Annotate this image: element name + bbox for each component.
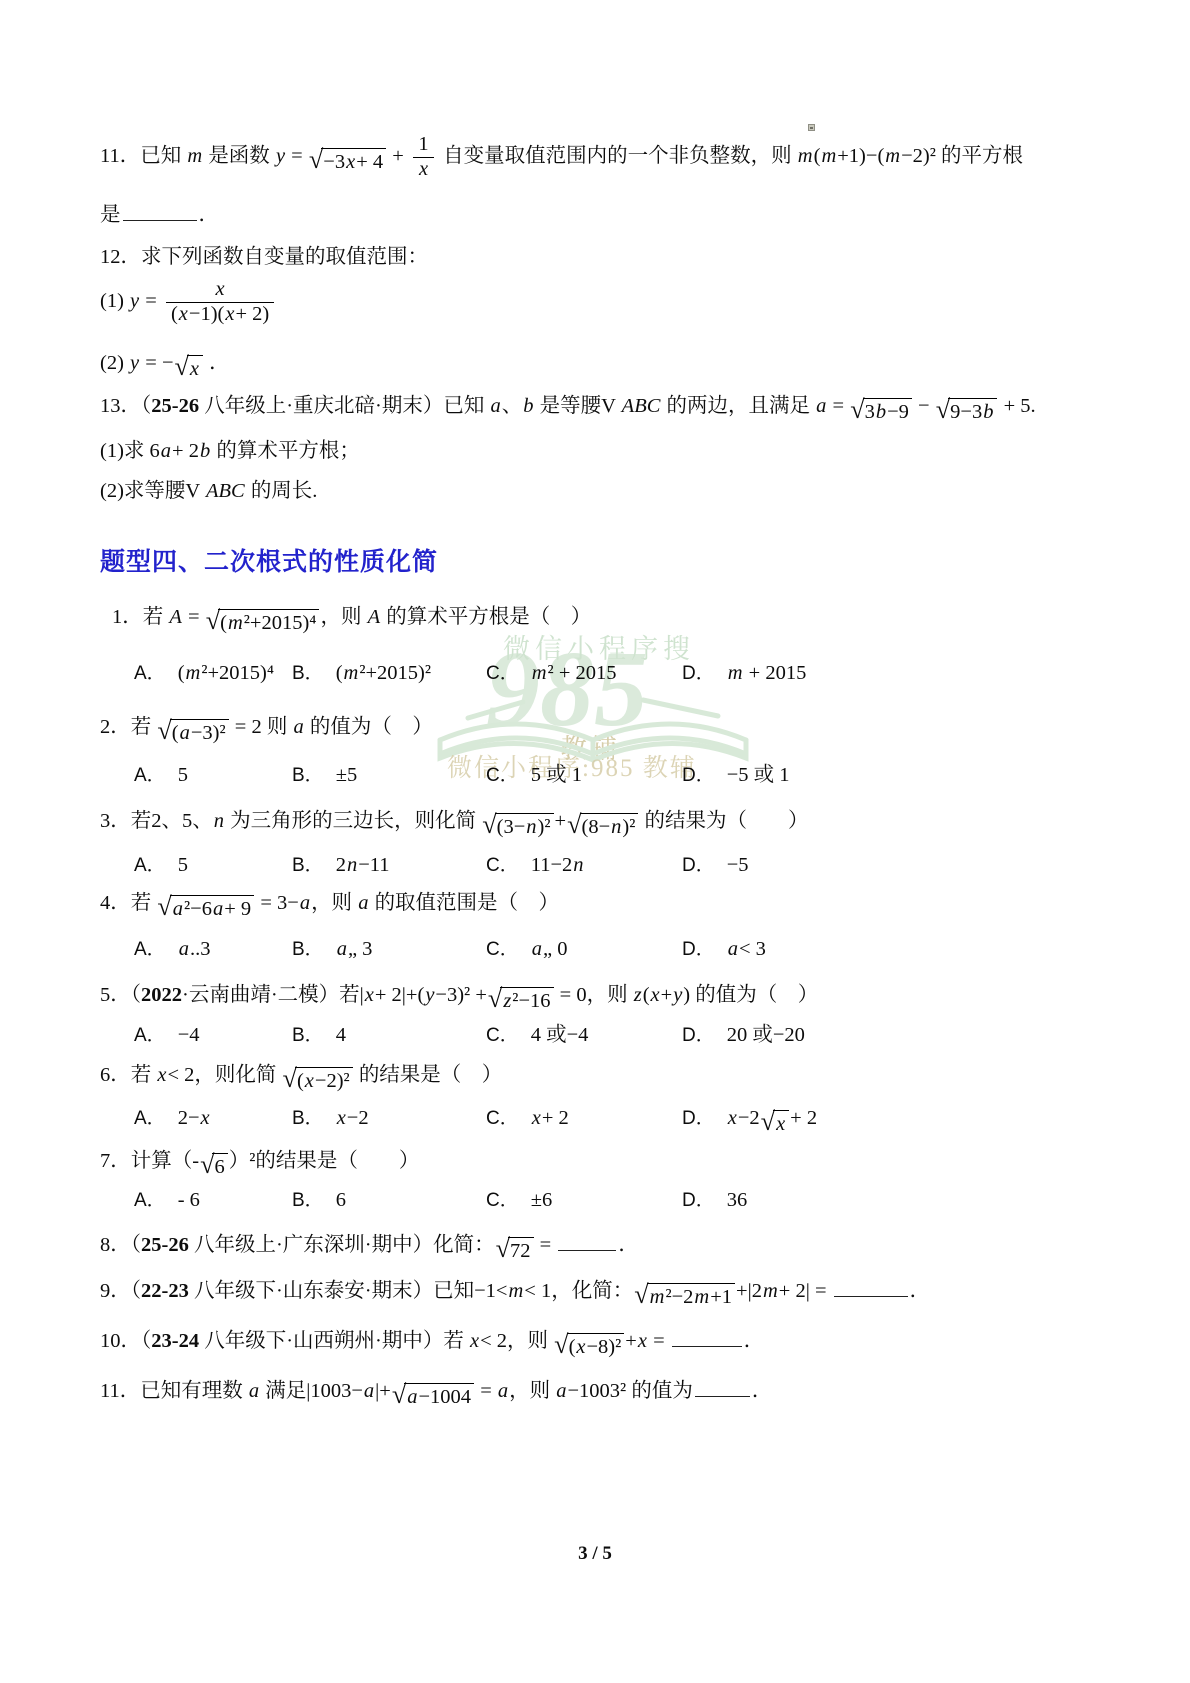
option-label: B． (292, 1108, 324, 1129)
sqrt-expression: √a²−6a+ 9 (157, 895, 254, 923)
text-run: + 2|+( (375, 984, 424, 1006)
text-run: + 2 (790, 1107, 817, 1129)
text-run: )² (622, 816, 635, 838)
text-run: + 9 (224, 898, 251, 920)
text-run: 5 或 1 (531, 764, 582, 786)
text-run: + 2| = (779, 1280, 832, 1302)
text-run: < 1，化简： (524, 1280, 633, 1302)
math-variable: a (248, 1380, 260, 1402)
radicand: (8−n)² (580, 813, 639, 841)
math-variable: a (179, 722, 191, 744)
sqrt-expression: √(x−8)² (554, 1333, 624, 1361)
text-run: 八年级上·广东深圳·期中）化简： (189, 1234, 495, 1256)
text-run: 4 (336, 1024, 346, 1046)
math-variable: y (424, 984, 435, 1006)
text-run: 11．已知 (100, 145, 186, 167)
denominator: x (413, 157, 434, 182)
q6-options: A．2−xB．x−2C．x+ 2D．x−2√x+ 2 (100, 1103, 1100, 1133)
text-run: 36 (727, 1189, 748, 1211)
math-variable: n (525, 816, 537, 838)
math-variable: x (304, 1070, 315, 1092)
math-variable: a (336, 938, 348, 960)
math-variable: m (649, 1286, 666, 1308)
text-run: ( (178, 662, 185, 684)
math-variable: a (555, 1380, 567, 1402)
math-variable: y (129, 352, 140, 374)
radicand: 6 (212, 1153, 227, 1181)
q2-options-C: C．5 或 1 (486, 760, 582, 791)
q1-options: A．(m²+2015)⁴B．(m²+2015)²C．m² + 2015D．m +… (100, 658, 1100, 688)
text-run: −3 (323, 151, 345, 173)
text-run: 题型四、二次根式的性质化简 (100, 548, 438, 576)
text-run: ． (618, 1234, 639, 1256)
q3-options-D: D．−5 (682, 850, 749, 881)
math-variable: b (875, 401, 887, 423)
option-label: C． (486, 939, 519, 960)
math-variable: x (775, 1113, 786, 1135)
q4-options-B: B．a„ 3 (292, 934, 372, 965)
text-run: −5 (727, 854, 749, 876)
text-run: + 4 (356, 151, 383, 173)
option-label: D． (682, 855, 715, 876)
fraction: 1x (413, 133, 434, 181)
math-variable: a (172, 898, 184, 920)
q5-options-C: C．4 或−4 (486, 1020, 588, 1051)
q5-stem: 5．（2022·云南曲靖·二模）若|x+ 2|+(y−3)² +√z²−16 =… (100, 980, 1100, 1015)
text-run: 的结果为（ ） (639, 810, 808, 832)
sqrt-expression: √x (175, 355, 204, 383)
math-variable: a (815, 395, 827, 417)
math-variable: x (531, 1107, 542, 1129)
math-variable: a (363, 1380, 375, 1402)
text-run: = (286, 145, 308, 167)
text-run: 2− (178, 1107, 200, 1129)
math-variable: a (292, 716, 304, 738)
text-run: ，则 (320, 606, 366, 628)
text-run: +|2 (736, 1280, 762, 1302)
option-label: C． (486, 1190, 519, 1211)
q1-options-B: B．(m²+2015)² (292, 658, 431, 689)
text-run: −3)² (191, 722, 226, 744)
q4-options-A: A．a..3 (134, 934, 210, 965)
math-variable: z (502, 990, 512, 1012)
text-run: ． (744, 1330, 765, 1352)
text-run: ² + 2015 (548, 662, 617, 684)
q9-stem: 9．（22-23 八年级下·山东泰安·期末）已知−1<m< 1，化简：√m²−2… (100, 1276, 1100, 1311)
math-variable: m (343, 662, 360, 684)
q3-options-C: C．11−2n (486, 850, 585, 881)
text-run: + 5. (998, 395, 1035, 417)
radicand: (x−2)² (295, 1067, 353, 1095)
option-label: A． (134, 765, 166, 786)
text-run: 的取值范围是（ ） (369, 892, 559, 914)
sqrt-expression: √6 (200, 1153, 228, 1181)
answer-blank (834, 1281, 908, 1297)
text-run: −1004 (419, 1386, 472, 1408)
q6-options-D: D．x−2√x+ 2 (682, 1103, 817, 1138)
problem-13-stem: 13．（25-26 八年级上·重庆北碚·期末）已知 a、b 是等腰V ABC 的… (100, 391, 1100, 426)
radicand: 9−3b (948, 398, 997, 426)
text-run: 是 (100, 204, 121, 226)
text-run: +1)−( (837, 145, 884, 167)
text-run: 6．若 (100, 1064, 156, 1086)
text-run: ²+2015)⁴ (201, 662, 274, 684)
text-run: ，则 (311, 892, 357, 914)
math-variable: x (224, 303, 235, 325)
text-run: 4．若 (100, 892, 156, 914)
worksheet-content: 11．已知 m 是函数 y = √−3x+ 4 + 1x 自变量取值范围内的一个… (0, 0, 1190, 1683)
text-run: 的算术平方根是（ ） (381, 606, 591, 628)
option-label: B． (292, 663, 324, 684)
option-label: A． (134, 663, 166, 684)
sqrt-expression: √9−3b (936, 398, 998, 426)
text-run: ±5 (336, 764, 358, 786)
sqrt-expression: √−3x+ 4 (309, 148, 386, 176)
q5-options-D: D．20 或−20 (682, 1020, 805, 1051)
text-run: )² (538, 816, 551, 838)
problem-11-stem: 11．已知 m 是函数 y = √−3x+ 4 + 1x 自变量取值范围内的一个… (100, 133, 1100, 181)
text-run: = (648, 1330, 670, 1352)
text-run: 13．（ (100, 395, 151, 417)
text-run: 的周长. (246, 480, 318, 502)
text-run: 2022 (141, 984, 182, 1006)
math-variable: a (299, 892, 311, 914)
text-run: = (475, 1380, 497, 1402)
option-label: B． (292, 1025, 324, 1046)
text-run: 5 (178, 854, 188, 876)
q7-options-A: A．- 6 (134, 1185, 200, 1216)
text-run: (8− (582, 816, 611, 838)
q10-stem: 10．（23-24 八年级下·山西朔州·期中）若 x< 2，则 √(x−8)²+… (100, 1326, 1100, 1361)
math-variable: m (227, 612, 244, 634)
text-run: ) 的值为（ ） (683, 984, 818, 1006)
text-run: 11．已知有理数 (100, 1380, 248, 1402)
math-variable: x (364, 984, 375, 1006)
worksheet-page: 微信小程序搜 985 教辅 微信小程序:985 教辅 11．已知 m 是函数 y… (0, 0, 1190, 1683)
radicand: −3x+ 4 (321, 148, 386, 176)
q2-options-D: D．−5 或 1 (682, 760, 790, 791)
math-variable: a (212, 898, 224, 920)
option-label: C． (486, 663, 519, 684)
math-variable: a (489, 395, 501, 417)
q2-options-A: A．5 (134, 760, 188, 791)
text-run: ±6 (531, 1189, 553, 1211)
math-variable: b (522, 395, 534, 417)
text-run: 11−2 (531, 854, 573, 876)
option-label: D． (682, 765, 715, 786)
text-run: + (661, 984, 673, 1006)
q6-options-C: C．x+ 2 (486, 1103, 569, 1134)
sqrt-expression: √(m²+2015)⁴ (206, 609, 320, 637)
answer-blank (695, 1381, 750, 1397)
text-run: 22-23 (141, 1280, 189, 1302)
math-variable: m (531, 662, 548, 684)
text-run: 12．求下列函数自变量的取值范围： (100, 246, 428, 268)
sqrt-expression: √z²−16 (488, 987, 554, 1015)
text-run: + (387, 145, 409, 167)
text-run: = (827, 395, 849, 417)
math-variable: y (129, 290, 140, 312)
q6-stem: 6．若 x< 2，则化简 √(x−2)² 的结果是（ ） (100, 1060, 1100, 1095)
math-variable: a (406, 1386, 418, 1408)
text-run: 的值为（ ） (305, 716, 433, 738)
text-run: −2 (347, 1107, 369, 1129)
text-run: 满足|1003− (260, 1380, 363, 1402)
text-run: - 6 (178, 1189, 200, 1211)
q4-options: A．a..3B．a„ 3C．a„ 0D．a< 3 (100, 934, 1100, 964)
text-run: 23-24 (151, 1330, 199, 1352)
q7-options-C: C．±6 (486, 1185, 552, 1216)
text-run: 5 (178, 764, 188, 786)
math-variable: m (507, 1280, 524, 1302)
text-run: ²+2015)⁴ (244, 612, 317, 634)
text-run: −8)² (587, 1336, 622, 1358)
option-label: B． (292, 765, 324, 786)
q1-options-A: A．(m²+2015)⁴ (134, 658, 274, 689)
option-label: C． (486, 1108, 519, 1129)
math-variable: m (762, 1280, 779, 1302)
problem-13-sub1: (1)求 6a+ 2b 的算术平方根； (100, 436, 1100, 466)
option-label: B． (292, 1190, 324, 1211)
text-run: ( (297, 1070, 304, 1092)
sqrt-expression: √3b−9 (850, 398, 912, 426)
fraction: x(x−1)(x+ 2) (166, 278, 274, 326)
option-label: D． (682, 939, 715, 960)
problem-13-sub2: (2)求等腰V ABC 的周长. (100, 476, 1100, 506)
math-variable: n (572, 854, 584, 876)
denominator: (x−1)(x+ 2) (166, 302, 274, 327)
text-run: „ 0 (543, 938, 567, 960)
text-run: −5 或 1 (727, 764, 790, 786)
sqrt-expression: √(8−n)² (567, 813, 638, 841)
q5-options-A: A．−4 (134, 1020, 200, 1051)
q1-stem: 1．若 A = √(m²+2015)⁴，则 A 的算术平方根是（ ） (112, 602, 1112, 637)
text-run: −2 (738, 1107, 760, 1129)
text-run: 的结果是（ ） (354, 1064, 503, 1086)
text-run: + (555, 810, 567, 832)
text-run: −3)² + (435, 984, 486, 1006)
q7-options-D: D．36 (682, 1185, 747, 1216)
text-run: < 3 (739, 938, 766, 960)
text-run: ． (910, 1280, 931, 1302)
problem-12-sub2: (2) y = −√x ． (100, 348, 1100, 383)
q2-options: A．5B．±5C．5 或 1D．−5 或 1 (100, 760, 1100, 790)
math-variable: m (186, 145, 203, 167)
q4-options-C: C．a„ 0 (486, 934, 567, 965)
math-variable: x (178, 303, 189, 325)
text-run: 4 或−4 (531, 1024, 589, 1046)
text-run: „ 3 (348, 938, 372, 960)
text-run: (2) (100, 352, 129, 374)
text-run: 10．（ (100, 1330, 151, 1352)
math-variable: x (650, 984, 661, 1006)
math-variable: A (168, 606, 183, 628)
text-run: − (913, 395, 935, 417)
text-run: ，则 (509, 1380, 555, 1402)
answer-blank (123, 205, 197, 221)
text-run: = 2 则 (230, 716, 293, 738)
text-run: = 3− (255, 892, 299, 914)
text-run: 2．若 (100, 716, 156, 738)
text-run: < 2，则 (480, 1330, 553, 1352)
math-variable: x (200, 1107, 211, 1129)
math-variable: z (633, 984, 643, 1006)
q3-options-A: A．5 (134, 850, 188, 881)
math-variable: a (531, 938, 543, 960)
option-label: D． (682, 1190, 715, 1211)
sqrt-expression: √72 (496, 1237, 534, 1265)
text-run: 25-26 (151, 395, 199, 417)
q8-stem: 8．（25-26 八年级上·广东深圳·期中）化简：√72 = ． (100, 1230, 1100, 1265)
text-run: ²+2015)² (359, 662, 431, 684)
text-run: 的算术平方根； (211, 440, 360, 462)
text-run: + 2015 (744, 662, 807, 684)
text-run: 72 (510, 1240, 531, 1262)
math-variable: m (693, 1286, 710, 1308)
problem-12-sub1: (1) y = x(x−1)(x+ 2) (100, 278, 1100, 326)
q6-options-A: A．2−x (134, 1103, 211, 1134)
q11-stem: 11．已知有理数 a 满足|1003−a|+√a−1004 = a，则 a−10… (100, 1376, 1100, 1411)
math-variable: a (357, 892, 369, 914)
text-run: ( (643, 984, 650, 1006)
text-run: 为三角形的三边长，则化简 (225, 810, 481, 832)
text-run: −4 (178, 1024, 200, 1046)
text-run: 是函数 (203, 145, 275, 167)
text-run: ( (336, 662, 343, 684)
text-run: ²−16 (512, 990, 550, 1012)
text-run: −11 (358, 854, 389, 876)
sqrt-expression: √(3−n)² (482, 813, 553, 841)
text-run: = (140, 290, 162, 312)
text-run: 9．（ (100, 1280, 141, 1302)
radicand: a−1004 (404, 1383, 474, 1411)
option-label: B． (292, 855, 324, 876)
math-variable: m (727, 662, 744, 684)
numerator: x (210, 278, 231, 302)
text-run: = (183, 606, 205, 628)
text-run: 3．若2、5、 (100, 810, 213, 832)
option-label: A． (134, 1025, 166, 1046)
text-run: ²−2 (665, 1286, 693, 1308)
text-run: 25-26 (141, 1234, 189, 1256)
q1-options-C: C．m² + 2015 (486, 658, 617, 689)
radicand: a²−6a+ 9 (170, 895, 254, 923)
option-label: D． (682, 1025, 715, 1046)
text-run: + (625, 1330, 637, 1352)
math-variable: m (797, 145, 814, 167)
radicand: 72 (508, 1237, 534, 1265)
text-run: 自变量取值范围内的一个非负整数，则 (438, 145, 797, 167)
text-run: (1)求 6 (100, 440, 160, 462)
math-variable: a (497, 1380, 509, 1402)
radicand: x (187, 355, 203, 383)
text-run: 3 (865, 401, 875, 423)
option-label: C． (486, 855, 519, 876)
sqrt-expression: √(x−2)² (283, 1067, 353, 1095)
radicand: x (773, 1110, 789, 1138)
option-label: A． (134, 1108, 166, 1129)
math-variable: n (610, 816, 622, 838)
text-run: 9−3 (950, 401, 982, 423)
q2-options-B: B．±5 (292, 760, 357, 791)
sqrt-expression: √a−1004 (392, 1383, 474, 1411)
text-run: ． (199, 204, 220, 226)
math-variable: x (156, 1064, 167, 1086)
text-run: 6 (214, 1156, 224, 1178)
math-variable: x (469, 1330, 480, 1352)
q5-options: A．−4B．4C．4 或−4D．20 或−20 (100, 1020, 1100, 1050)
math-variable: a (178, 938, 190, 960)
radicand: m²−2m+1 (647, 1283, 735, 1311)
text-run: + 2 (542, 1107, 569, 1129)
sqrt-expression: √x (761, 1110, 790, 1138)
option-label: D． (682, 1108, 715, 1129)
radicand: (m²+2015)⁴ (218, 609, 319, 637)
text-run: 6 (336, 1189, 346, 1211)
text-run: + 2 (172, 440, 199, 462)
math-variable: a (727, 938, 739, 960)
q7-stem: 7．计算（-√6）²的结果是（ ） (100, 1146, 1100, 1181)
section-title: 题型四、二次根式的性质化简 (100, 547, 1100, 577)
q3-options: A．5B．2n−11C．11−2nD．−5 (100, 850, 1100, 880)
text-run: = (535, 1234, 557, 1256)
text-run: (2)求等腰V (100, 480, 205, 502)
text-run: 2 (336, 854, 346, 876)
radicand: 3b−9 (863, 398, 912, 426)
math-variable: x (215, 278, 226, 300)
radicand: (x−8)² (567, 1333, 625, 1361)
radicand: z²−16 (500, 987, 553, 1015)
q4-options-D: D．a< 3 (682, 934, 766, 965)
math-variable: x (336, 1107, 347, 1129)
text-run: = 0，则 (555, 984, 633, 1006)
text-run: ( (220, 612, 227, 634)
text-run: 5．（ (100, 984, 141, 1006)
math-variable: n (213, 810, 225, 832)
text-run: +1 (710, 1286, 732, 1308)
math-variable: x (575, 1336, 586, 1358)
text-run: 是等腰V (534, 395, 620, 417)
text-run: 8．（ (100, 1234, 141, 1256)
text-run: ..3 (190, 938, 211, 960)
artifact-dot (808, 124, 815, 131)
text-run: −2)² 的平方根 (901, 145, 1023, 167)
radicand: (3−n)² (495, 813, 554, 841)
text-run: (3− (497, 816, 526, 838)
q3-stem: 3．若2、5、n 为三角形的三边长，则化简 √(3−n)²+√(8−n)² 的结… (100, 806, 1100, 841)
text-run: 1．若 (112, 606, 168, 628)
text-run: 20 或−20 (727, 1024, 805, 1046)
text-run: ²−6 (184, 898, 212, 920)
text-run: 八年级上·重庆北碚·期末）已知 (199, 395, 489, 417)
math-variable: n (346, 854, 358, 876)
option-label: A． (134, 855, 166, 876)
text-run: ·云南曲靖·二模）若 (182, 984, 360, 1006)
math-variable: m (884, 145, 901, 167)
answer-blank (672, 1331, 742, 1347)
math-variable: y (275, 145, 286, 167)
answer-blank (558, 1235, 616, 1251)
text-run: (1) (100, 290, 129, 312)
text-run: 7．计算（- (100, 1150, 199, 1172)
q6-options-B: B．x−2 (292, 1103, 369, 1134)
math-variable: b (982, 401, 994, 423)
text-run: −9 (887, 401, 909, 423)
option-label: C． (486, 1025, 519, 1046)
q2-stem: 2．若 √(a−3)² = 2 则 a 的值为（ ） (100, 712, 1100, 747)
q7-options: A．- 6B．6C．±6D．36 (100, 1185, 1100, 1215)
text-run: ( (172, 722, 179, 744)
